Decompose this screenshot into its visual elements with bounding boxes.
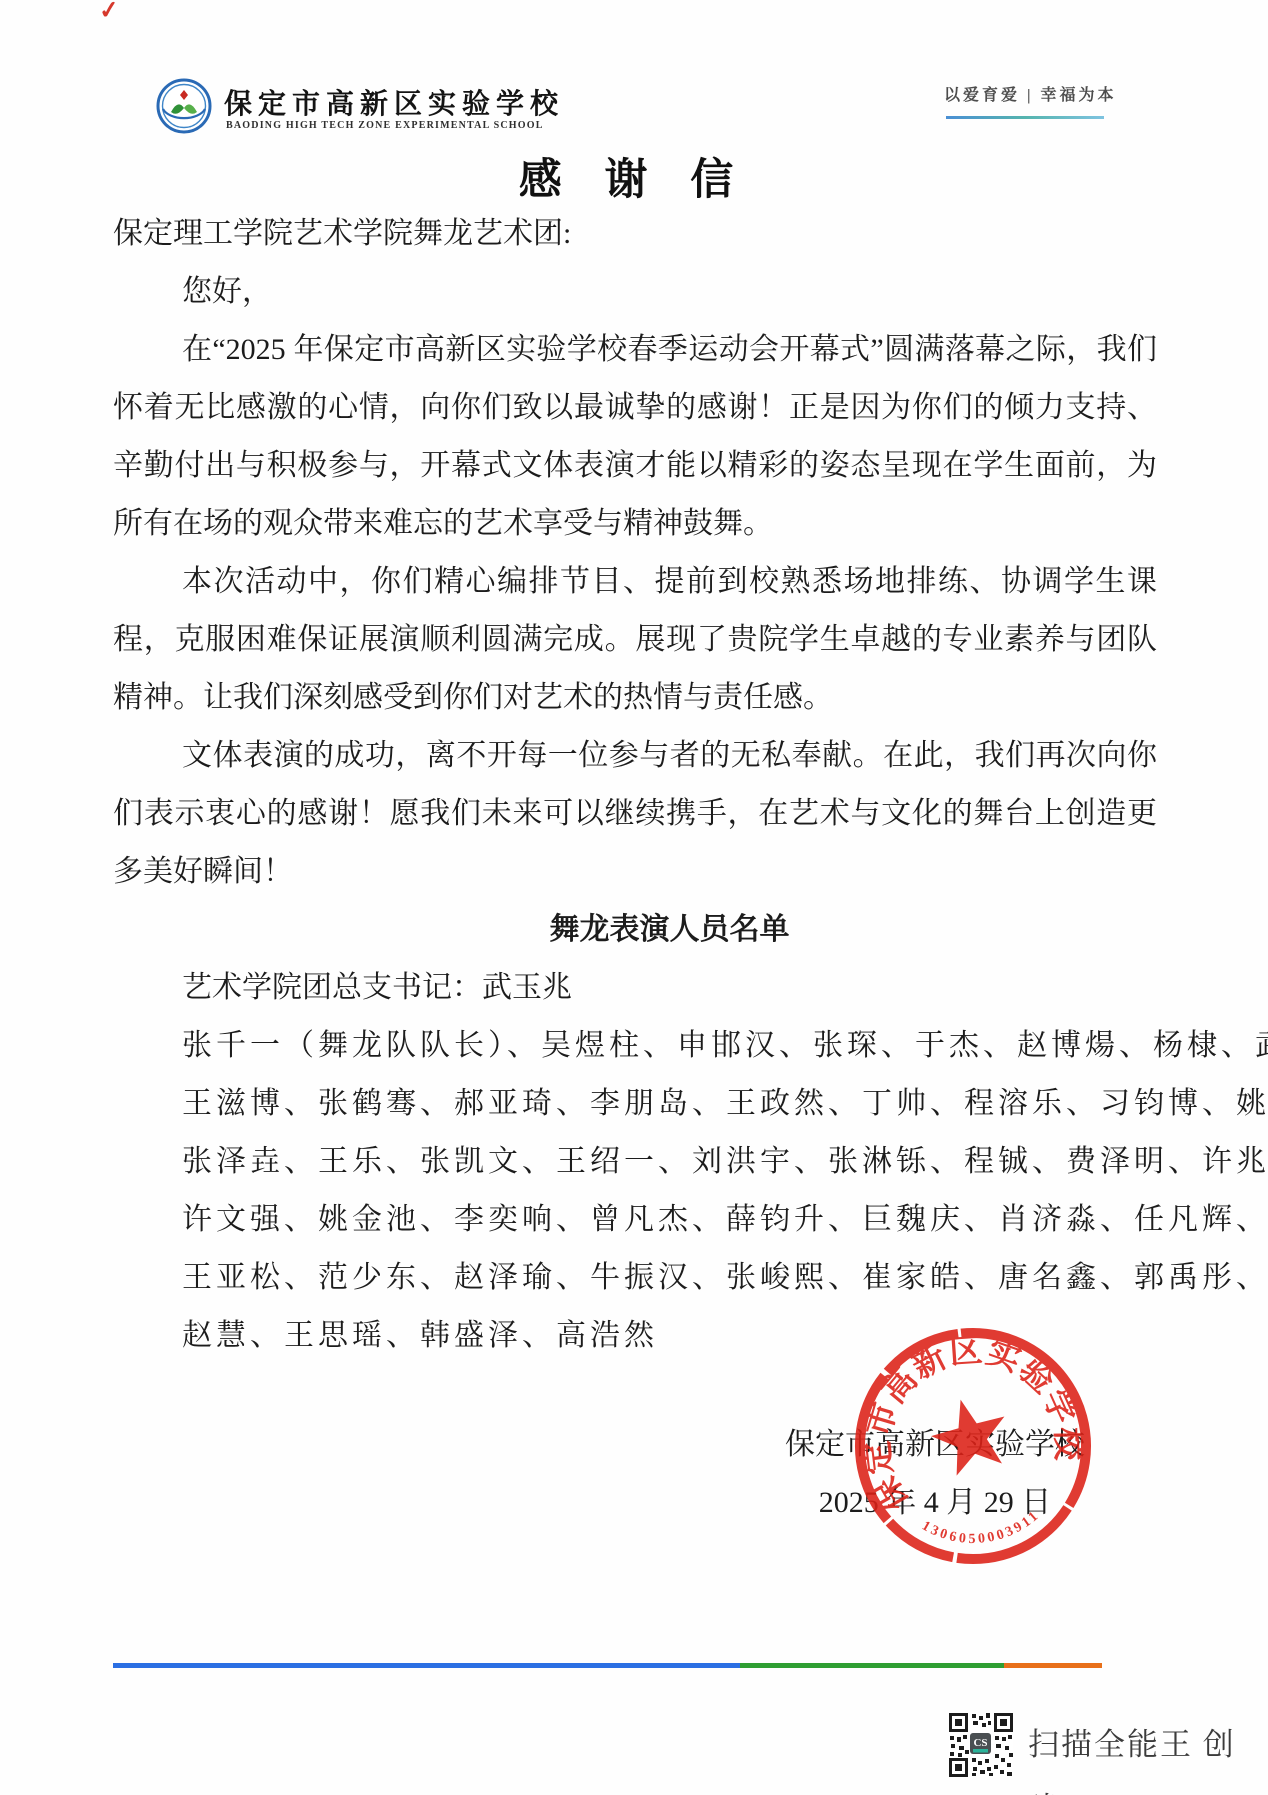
paragraph: 本次活动中，你们精心编排节目、提前到校熟悉场地排练、协调学生课程，克服困难保证展… <box>113 553 1157 727</box>
roster-row: 王亚松、范少东、赵泽瑜、牛振汉、张峻熙、崔家皓、唐名鑫、郭禹彤、陈雨阳、 <box>113 1249 1157 1307</box>
roster-row: 张千一（舞龙队队长）、吴煜柱、申邯汉、张琛、于杰、赵博煬、杨棣、武少桁、 <box>113 1017 1157 1075</box>
divider-segment-green <box>740 1663 1004 1668</box>
greeting: 您好， <box>113 263 1157 321</box>
qr-code: CS <box>949 1713 1013 1777</box>
school-motto: 以爱育爱 | 幸福为本 <box>944 82 1117 105</box>
roster-row: 许文强、姚金池、李奕响、曾凡杰、薛钧升、巨魏庆、肖济淼、任凡辉、刘峄泽、 <box>113 1191 1157 1249</box>
motto-underline <box>946 116 1104 119</box>
school-name-english: BAODING HIGH TECH ZONE EXPERIMENTAL SCHO… <box>226 120 544 131</box>
qr-cs-badge: CS <box>973 1737 987 1749</box>
roster-row: 王滋博、张鹤骞、郝亚琦、李朋岛、王政然、丁帅、程溶乐、习钧博、姚城城、 <box>113 1075 1157 1133</box>
scanner-credit: 扫描全能王 创建 <box>1028 1713 1268 1777</box>
salutation: 保定理工学院艺术学院舞龙艺术团: <box>113 205 1157 263</box>
divider-segment-orange <box>1004 1663 1102 1668</box>
divider-segment-blue <box>113 1663 740 1668</box>
school-logo-icon <box>156 78 212 134</box>
letter-body: 保定理工学院艺术学院舞龙艺术团: 您好， 在“2025 年保定市高新区实验学校春… <box>113 205 1157 1365</box>
roster-row: 张泽垚、王乐、张凯文、王绍一、刘洪宇、张淋铄、程铖、费泽明、许兆帅、 <box>113 1133 1157 1191</box>
school-name: 保定市高新区实验学校 <box>224 82 564 122</box>
footer-divider <box>113 1663 1102 1668</box>
stamp-star <box>924 1390 1016 1480</box>
roster-heading: 舞龙表演人员名单 <box>113 901 1157 959</box>
letter-title: 感 谢 信 <box>0 146 1268 207</box>
official-stamp: 保定市高新区实验学校 1306050003911 <box>833 1306 1113 1586</box>
scanned-letter-page: ✓ 保定市高新区实验学校 BAODING HIGH TECH ZONE EXPE… <box>0 0 1268 1795</box>
roster-leader: 艺术学院团总支书记：武玉兆 <box>113 959 1157 1017</box>
red-checkmark: ✓ <box>98 0 121 26</box>
paragraph: 文体表演的成功，离不开每一位参与者的无私奉献。在此，我们再次向你们表示衷心的感谢… <box>113 727 1157 901</box>
paragraph: 在“2025 年保定市高新区实验学校春季运动会开幕式”圆满落幕之际，我们怀着无比… <box>113 321 1157 553</box>
